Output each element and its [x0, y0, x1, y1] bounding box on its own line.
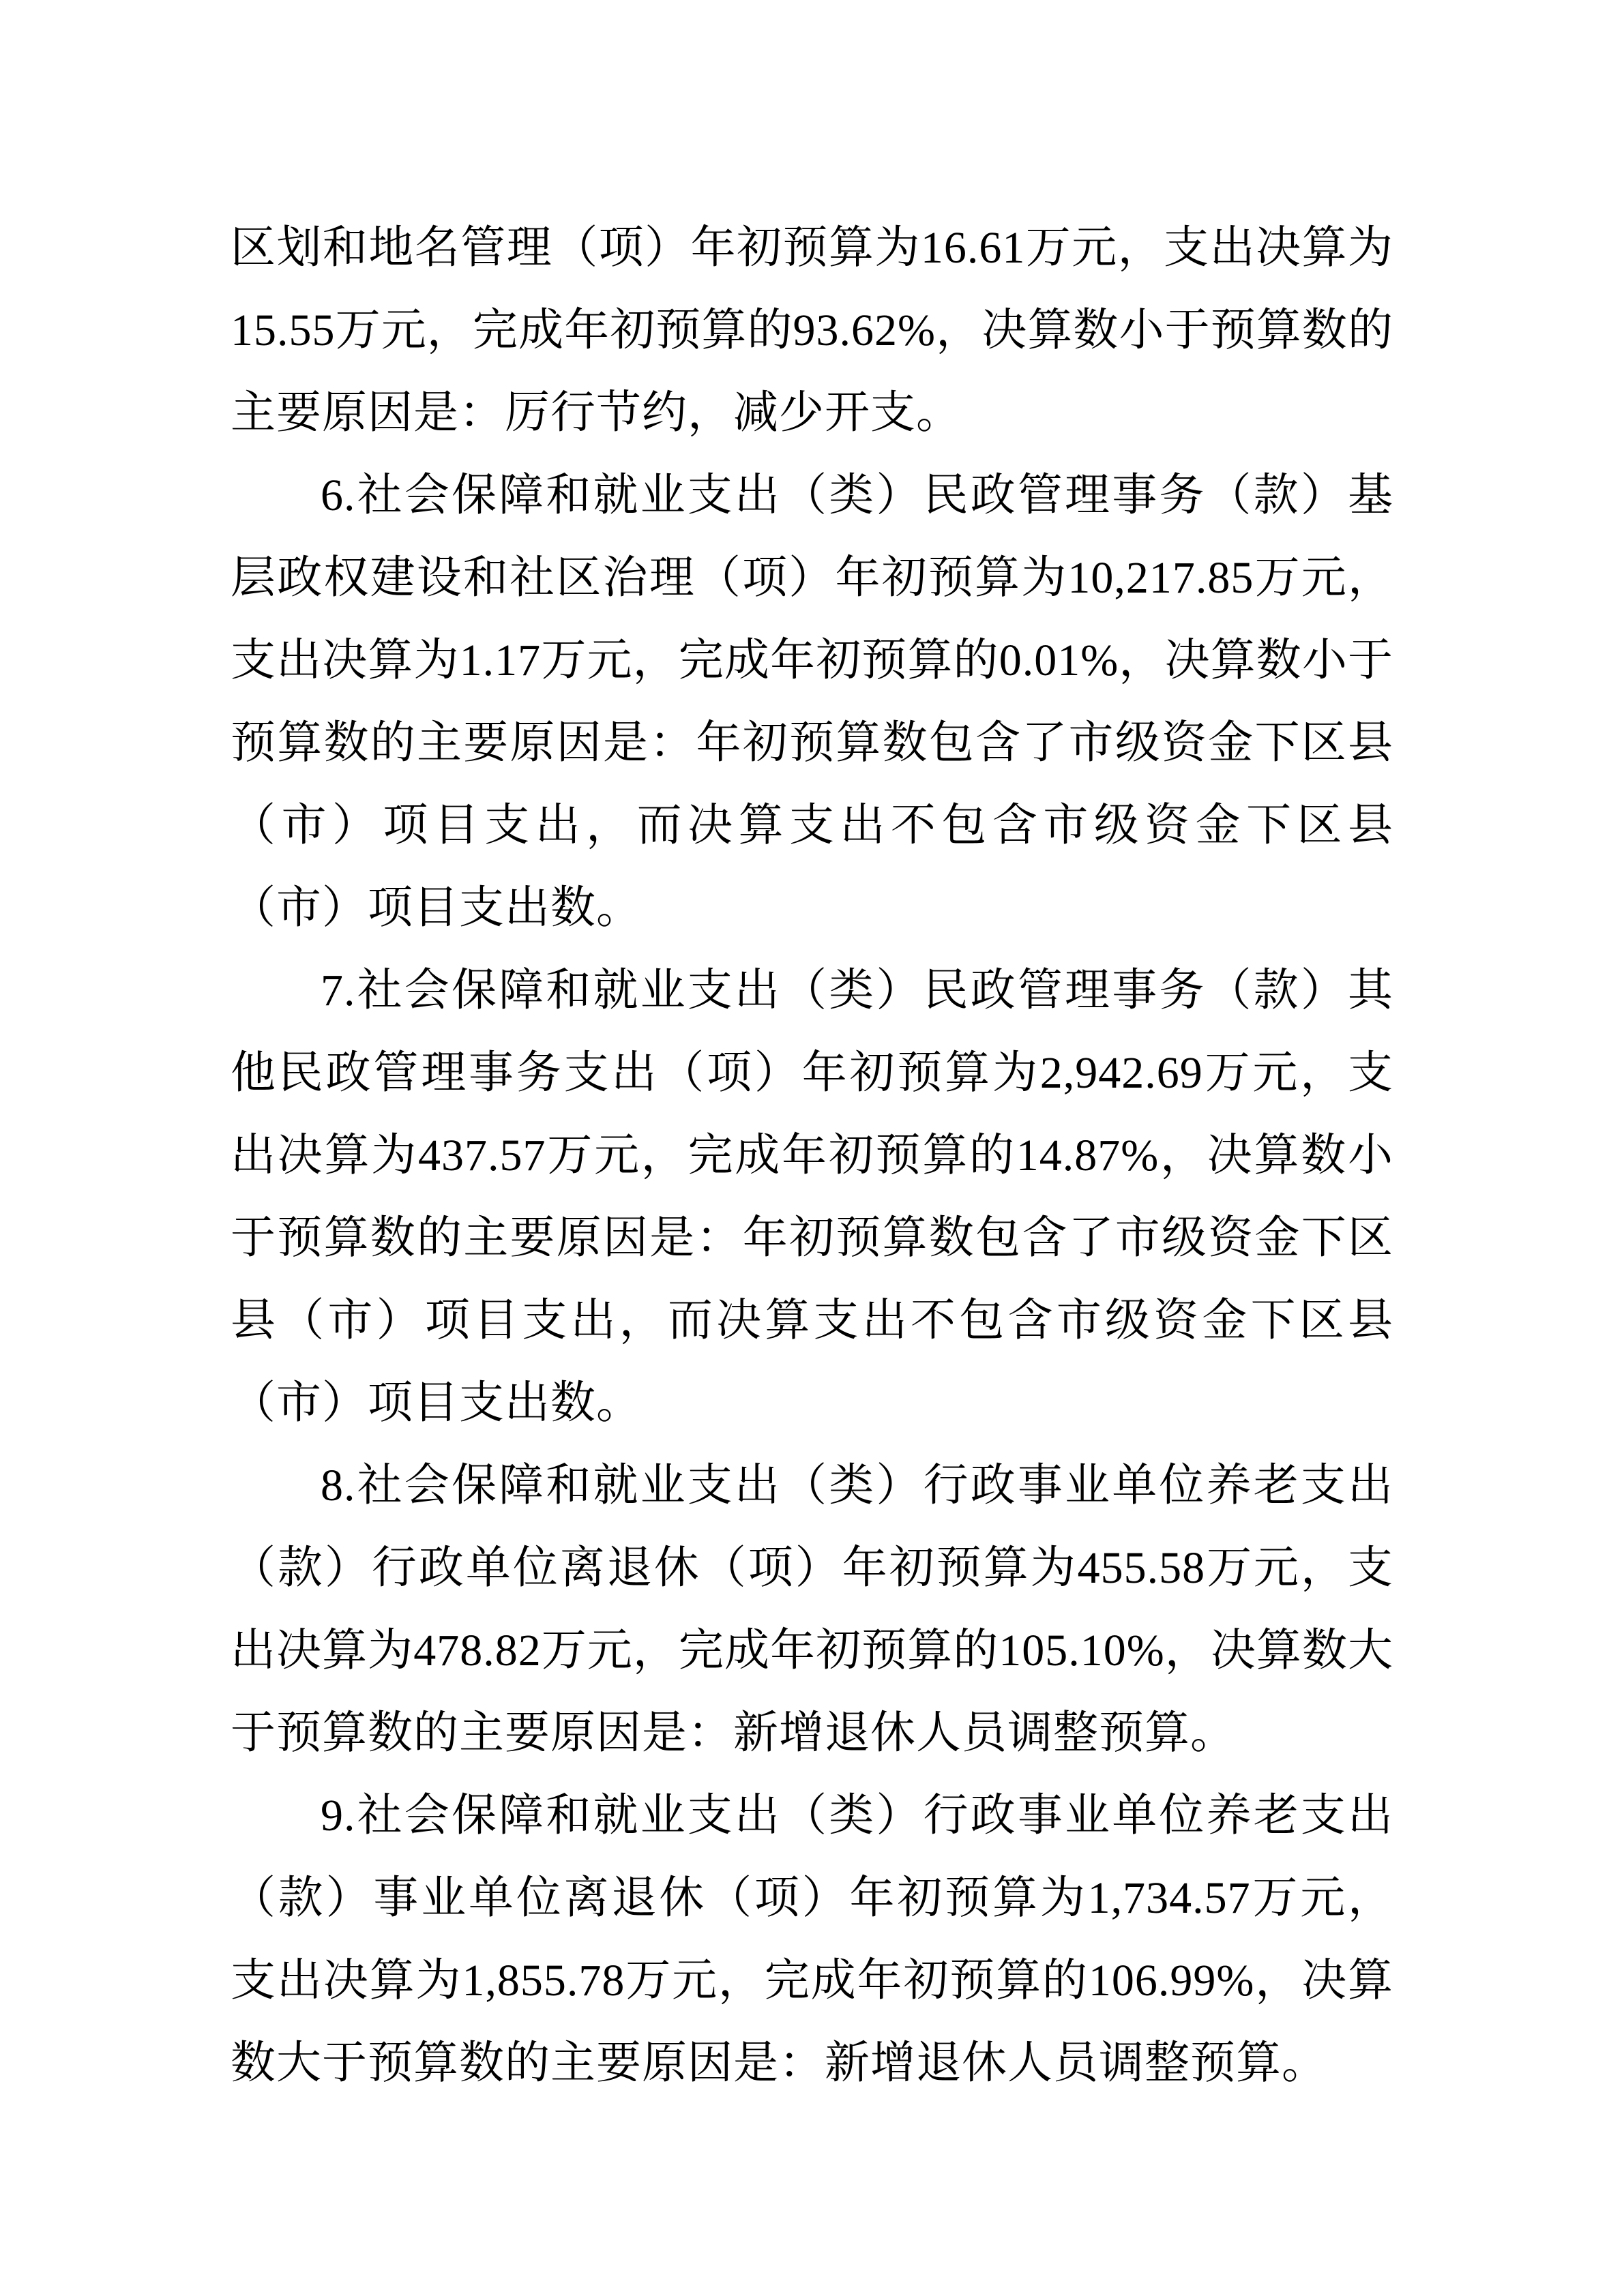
paragraph-continuation: 区划和地名管理（项）年初预算为16.61万元，支出决算为15.55万元，完成年初…	[231, 207, 1393, 454]
paragraph-item-7: 7.社会保障和就业支出（类）民政管理事务（款）其他民政管理事务支出（项）年初预算…	[231, 949, 1393, 1444]
paragraph-item-9: 9.社会保障和就业支出（类）行政事业单位养老支出（款）事业单位离退休（项）年初预…	[231, 1774, 1393, 2104]
paragraph-item-8: 8.社会保障和就业支出（类）行政事业单位养老支出（款）行政单位离退休（项）年初预…	[231, 1444, 1393, 1774]
page-body: 区划和地名管理（项）年初预算为16.61万元，支出决算为15.55万元，完成年初…	[231, 207, 1393, 2104]
document-page: 区划和地名管理（项）年初预算为16.61万元，支出决算为15.55万元，完成年初…	[0, 0, 1624, 2296]
paragraph-item-6: 6.社会保障和就业支出（类）民政管理事务（款）基层政权建设和社区治理（项）年初预…	[231, 454, 1393, 949]
